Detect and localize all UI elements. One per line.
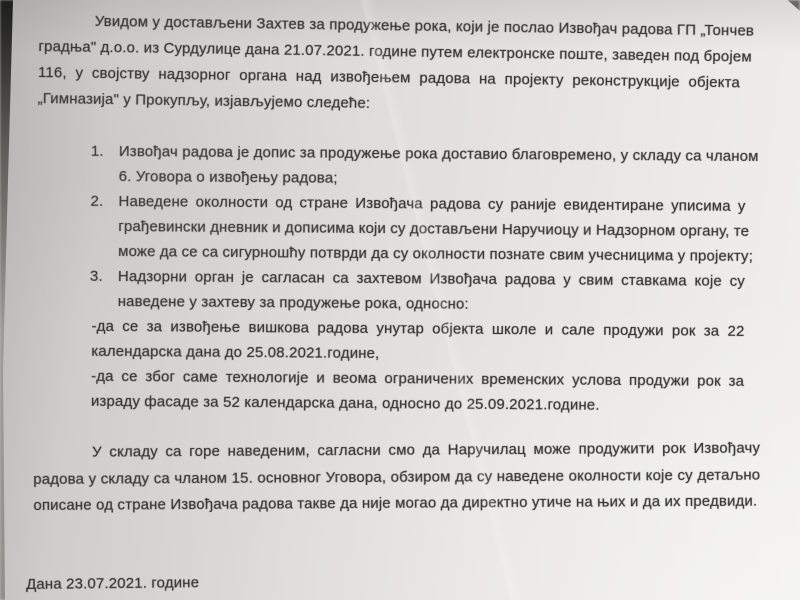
paragraph-line: описане од стране Извођача радова такве … — [33, 489, 760, 520]
date-line: Дана 23.07.2021. године — [26, 574, 199, 593]
list-item-subline: израду фасаде за 52 календарска дана, од… — [91, 389, 744, 419]
list-item-1: 1. Извођач радова је допис за продужење … — [119, 139, 746, 194]
list-item-subparagraphs: -да се за извођење вишкова радова унутар… — [91, 314, 745, 419]
numbered-list: 1. Извођач радова је допис за продужење … — [117, 139, 746, 419]
closing-paragraph: У складу са горе наведеним, сагласни смо… — [33, 436, 760, 520]
intro-paragraph: Увидом у достављени Захтев за продужење … — [37, 8, 740, 122]
photo-corner-shadow — [784, 0, 800, 11]
list-item-number: 3. — [90, 264, 103, 289]
photo-edge-shadow — [0, 0, 16, 600]
scanned-document-photo: Увидом у достављени Захтев за продужење … — [0, 0, 800, 600]
list-item-3: 3. Надзорни орган је сагласан са захтево… — [117, 264, 745, 419]
list-item-2: 2. Наведене околности од стране Извођача… — [118, 189, 746, 269]
list-item-number: 1. — [91, 139, 104, 164]
paragraph-line: У складу са горе наведеним, сагласни смо… — [33, 436, 760, 467]
list-item-number: 2. — [90, 189, 103, 214]
